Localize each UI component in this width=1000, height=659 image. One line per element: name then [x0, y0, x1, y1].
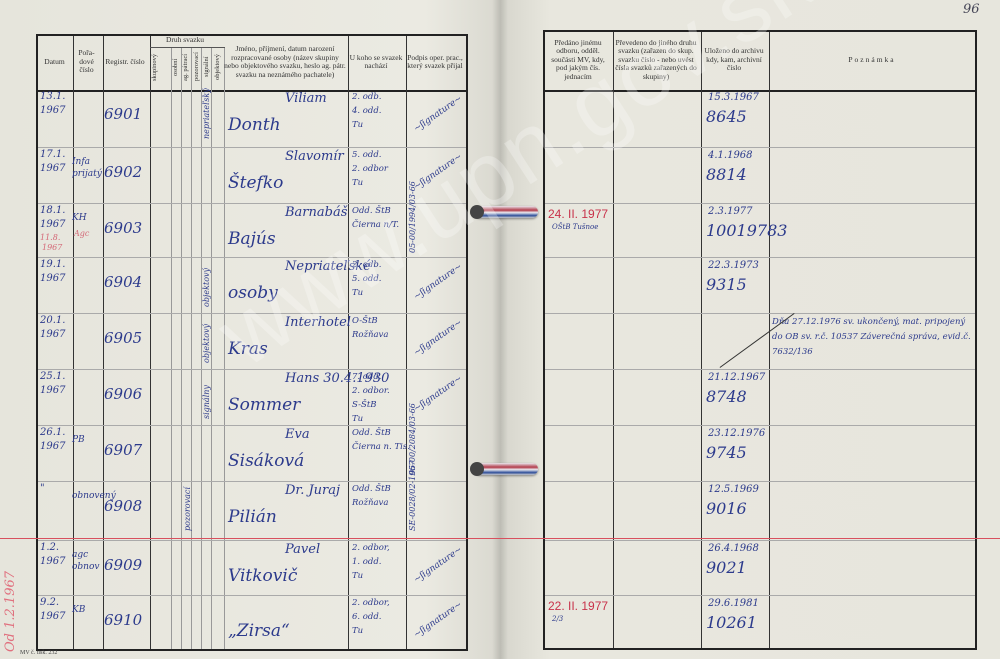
u-koho-2: S-ŠtB	[352, 400, 377, 410]
datum-year: 1967	[40, 611, 65, 622]
archiv-number: 9021	[706, 558, 747, 577]
archiv-number: 10019783	[706, 221, 787, 240]
archiv-date: 29.6.1981	[708, 598, 759, 609]
u-koho-1: Rožňava	[352, 330, 388, 340]
archiv-number: 9016	[706, 499, 747, 518]
last-name: Sisáková	[228, 451, 304, 471]
header-druh-2: ag. pátrací	[181, 47, 191, 87]
registr-cislo: 6902	[104, 163, 142, 181]
archiv-date: 21.12.1967	[708, 372, 765, 383]
datum-cell: 20.1.	[40, 315, 65, 326]
registr-cislo: 6903	[104, 219, 142, 237]
u-koho-1: 6. odd.	[352, 612, 382, 622]
archiv-number: 8748	[706, 387, 747, 406]
last-name: „Zirsa“	[228, 621, 290, 641]
archiv-date: 23.12.1976	[708, 428, 765, 439]
registr-cislo: 6905	[104, 329, 142, 347]
registr-cislo: 6906	[104, 385, 142, 403]
poradove-red: Agc	[74, 229, 89, 238]
druh-svazku: signálny	[202, 385, 211, 419]
poradove-cislo-2: prijatý	[72, 169, 102, 179]
book-gutter	[492, 0, 508, 659]
datum-cell: 25.1.	[40, 371, 65, 382]
archiv-number: 8814	[706, 165, 747, 184]
header-u-koho: U koho se svazek nachází	[348, 36, 404, 88]
first-name: Dr. Juraj	[285, 483, 340, 498]
datum-year: 1967	[40, 273, 65, 284]
poradove-cislo: KH	[72, 213, 87, 223]
u-koho-0: 7. odd.	[352, 372, 382, 382]
predano-note: 2/3	[552, 615, 563, 623]
predano-note: OŠtB Tušnoe	[552, 223, 598, 231]
registr-cislo: 6904	[104, 273, 142, 291]
archiv-date: 2.3.1977	[708, 206, 753, 217]
first-name: Eva	[285, 427, 310, 442]
u-koho-0: 5. odd.	[352, 150, 382, 160]
header-druh-4: signální	[202, 47, 212, 87]
registr-cislo: 6909	[104, 556, 142, 574]
u-koho-1: 1. odd.	[352, 557, 382, 567]
datum-cell: 17.1.	[40, 149, 65, 160]
u-koho-2: Tu	[352, 626, 363, 636]
registr-cislo: 6908	[104, 497, 142, 515]
header-druh-5: objektový	[213, 47, 223, 87]
datum-year: 1967	[40, 219, 65, 230]
u-koho-0: Odd. ŠtB	[352, 428, 391, 438]
last-name: Bajús	[228, 229, 276, 249]
registr-cislo: 6901	[104, 105, 142, 123]
header-poznamka: Poznámka	[769, 32, 975, 88]
u-koho-2: Tu	[352, 120, 363, 130]
header-poradove-cislo: Pořa-dové číslo	[72, 36, 101, 88]
archiv-date: 4.1.1968	[708, 150, 753, 161]
predano: 24. II. 1977	[548, 207, 608, 221]
datum-red-year: 1967	[42, 243, 62, 252]
druh-svazku: nepriateľský	[202, 88, 211, 139]
header-registr-cislo: Registr. číslo	[102, 36, 148, 88]
datum-cell: 18.1.	[40, 205, 65, 216]
header-podpis: Podpis oper. prac., který svazek přijal	[406, 36, 464, 88]
u-koho-1: Čierna n. Tis.	[352, 442, 410, 452]
registr-cislo: 6910	[104, 611, 142, 629]
datum-cell: 19.1.	[40, 259, 65, 270]
last-name: Vitkovič	[228, 566, 297, 586]
u-koho-1: 2. odbor	[352, 164, 388, 174]
last-name: Štefko	[228, 173, 283, 193]
datum-year: 1967	[40, 556, 65, 567]
datum-cell: 26.1.	[40, 427, 65, 438]
archiv-date: 26.4.1968	[708, 543, 759, 554]
poradove-cislo: KB	[72, 605, 85, 615]
poradove-cislo: agc	[72, 550, 88, 560]
poradove-cislo: Infa	[72, 157, 90, 167]
first-name: Slavomír	[285, 149, 344, 164]
archiv-number: 9745	[706, 443, 747, 462]
poznamka: Dňa 27.12.1976 sv. ukončený, mat. pripoj…	[772, 315, 972, 360]
binder-ring-bottom	[474, 463, 538, 475]
u-koho-1: Rožňava	[352, 498, 388, 508]
registr-cislo: 6907	[104, 441, 142, 459]
header-druh-3: pozorovací	[192, 47, 202, 87]
datum-year: 1967	[40, 163, 65, 174]
druh-svazku: objektový	[202, 324, 211, 363]
u-koho-0: 2. odbor,	[352, 543, 390, 553]
page-number: 96	[963, 2, 980, 17]
header-druh-svazku: Druh svazku	[149, 35, 221, 46]
archiv-number: 9315	[706, 275, 747, 294]
datum-year: 1967	[40, 105, 65, 116]
predano: 22. II. 1977	[548, 599, 608, 613]
poradove-cislo: PB	[72, 435, 85, 445]
datum-year: 1967	[40, 441, 65, 452]
datum-year: 1967	[40, 385, 65, 396]
datum-red: 11.8.	[40, 233, 60, 242]
last-name: Sommer	[228, 395, 300, 415]
archiv-date: 22.3.1973	[708, 260, 759, 271]
u-koho-3: Tu	[352, 414, 363, 424]
datum-cell: "	[40, 483, 45, 494]
u-koho-1: 2. odbor.	[352, 386, 390, 396]
archiv-date: 12.5.1969	[708, 484, 759, 495]
margin-note: Od 1.2.1967	[3, 571, 18, 652]
header-druh-1: osobní	[171, 47, 181, 87]
datum-year: 1967	[40, 329, 65, 340]
red-separator-line	[0, 538, 1000, 539]
form-code: MV č. tisk. 232	[20, 650, 57, 656]
u-koho-2: Tu	[352, 571, 363, 581]
header-datum: Datum	[38, 36, 71, 88]
datum-cell: 13.1.	[40, 91, 65, 102]
u-koho-0: 2. odbor,	[352, 598, 390, 608]
druh-svazku: pozorovací	[183, 487, 192, 531]
last-name: Pilián	[228, 507, 277, 527]
u-koho-2: Tu	[352, 178, 363, 188]
u-koho-0: 2. odb.	[352, 92, 382, 102]
archiv-number: 10261	[706, 613, 757, 632]
archiv-date: 15.3.1967	[708, 92, 759, 103]
u-koho-0: Odd. ŠtB	[352, 484, 391, 494]
archiv-number: 8645	[706, 107, 747, 126]
header-jmeno: Jméno, příjmení, datum narození rozpraco…	[223, 36, 347, 88]
datum-cell: 1.2.	[40, 542, 59, 553]
poradove-cislo-2: obnov	[72, 562, 99, 572]
u-koho-1: 4. odd.	[352, 106, 382, 116]
datum-cell: 9.2.	[40, 597, 59, 608]
last-name: Donth	[228, 115, 281, 135]
first-name: Viliam	[285, 91, 327, 106]
podpis-number: SE-0028/02-1967	[408, 461, 417, 531]
first-name: Pavel	[285, 542, 320, 557]
header-druh-0: skupinový	[150, 47, 160, 87]
